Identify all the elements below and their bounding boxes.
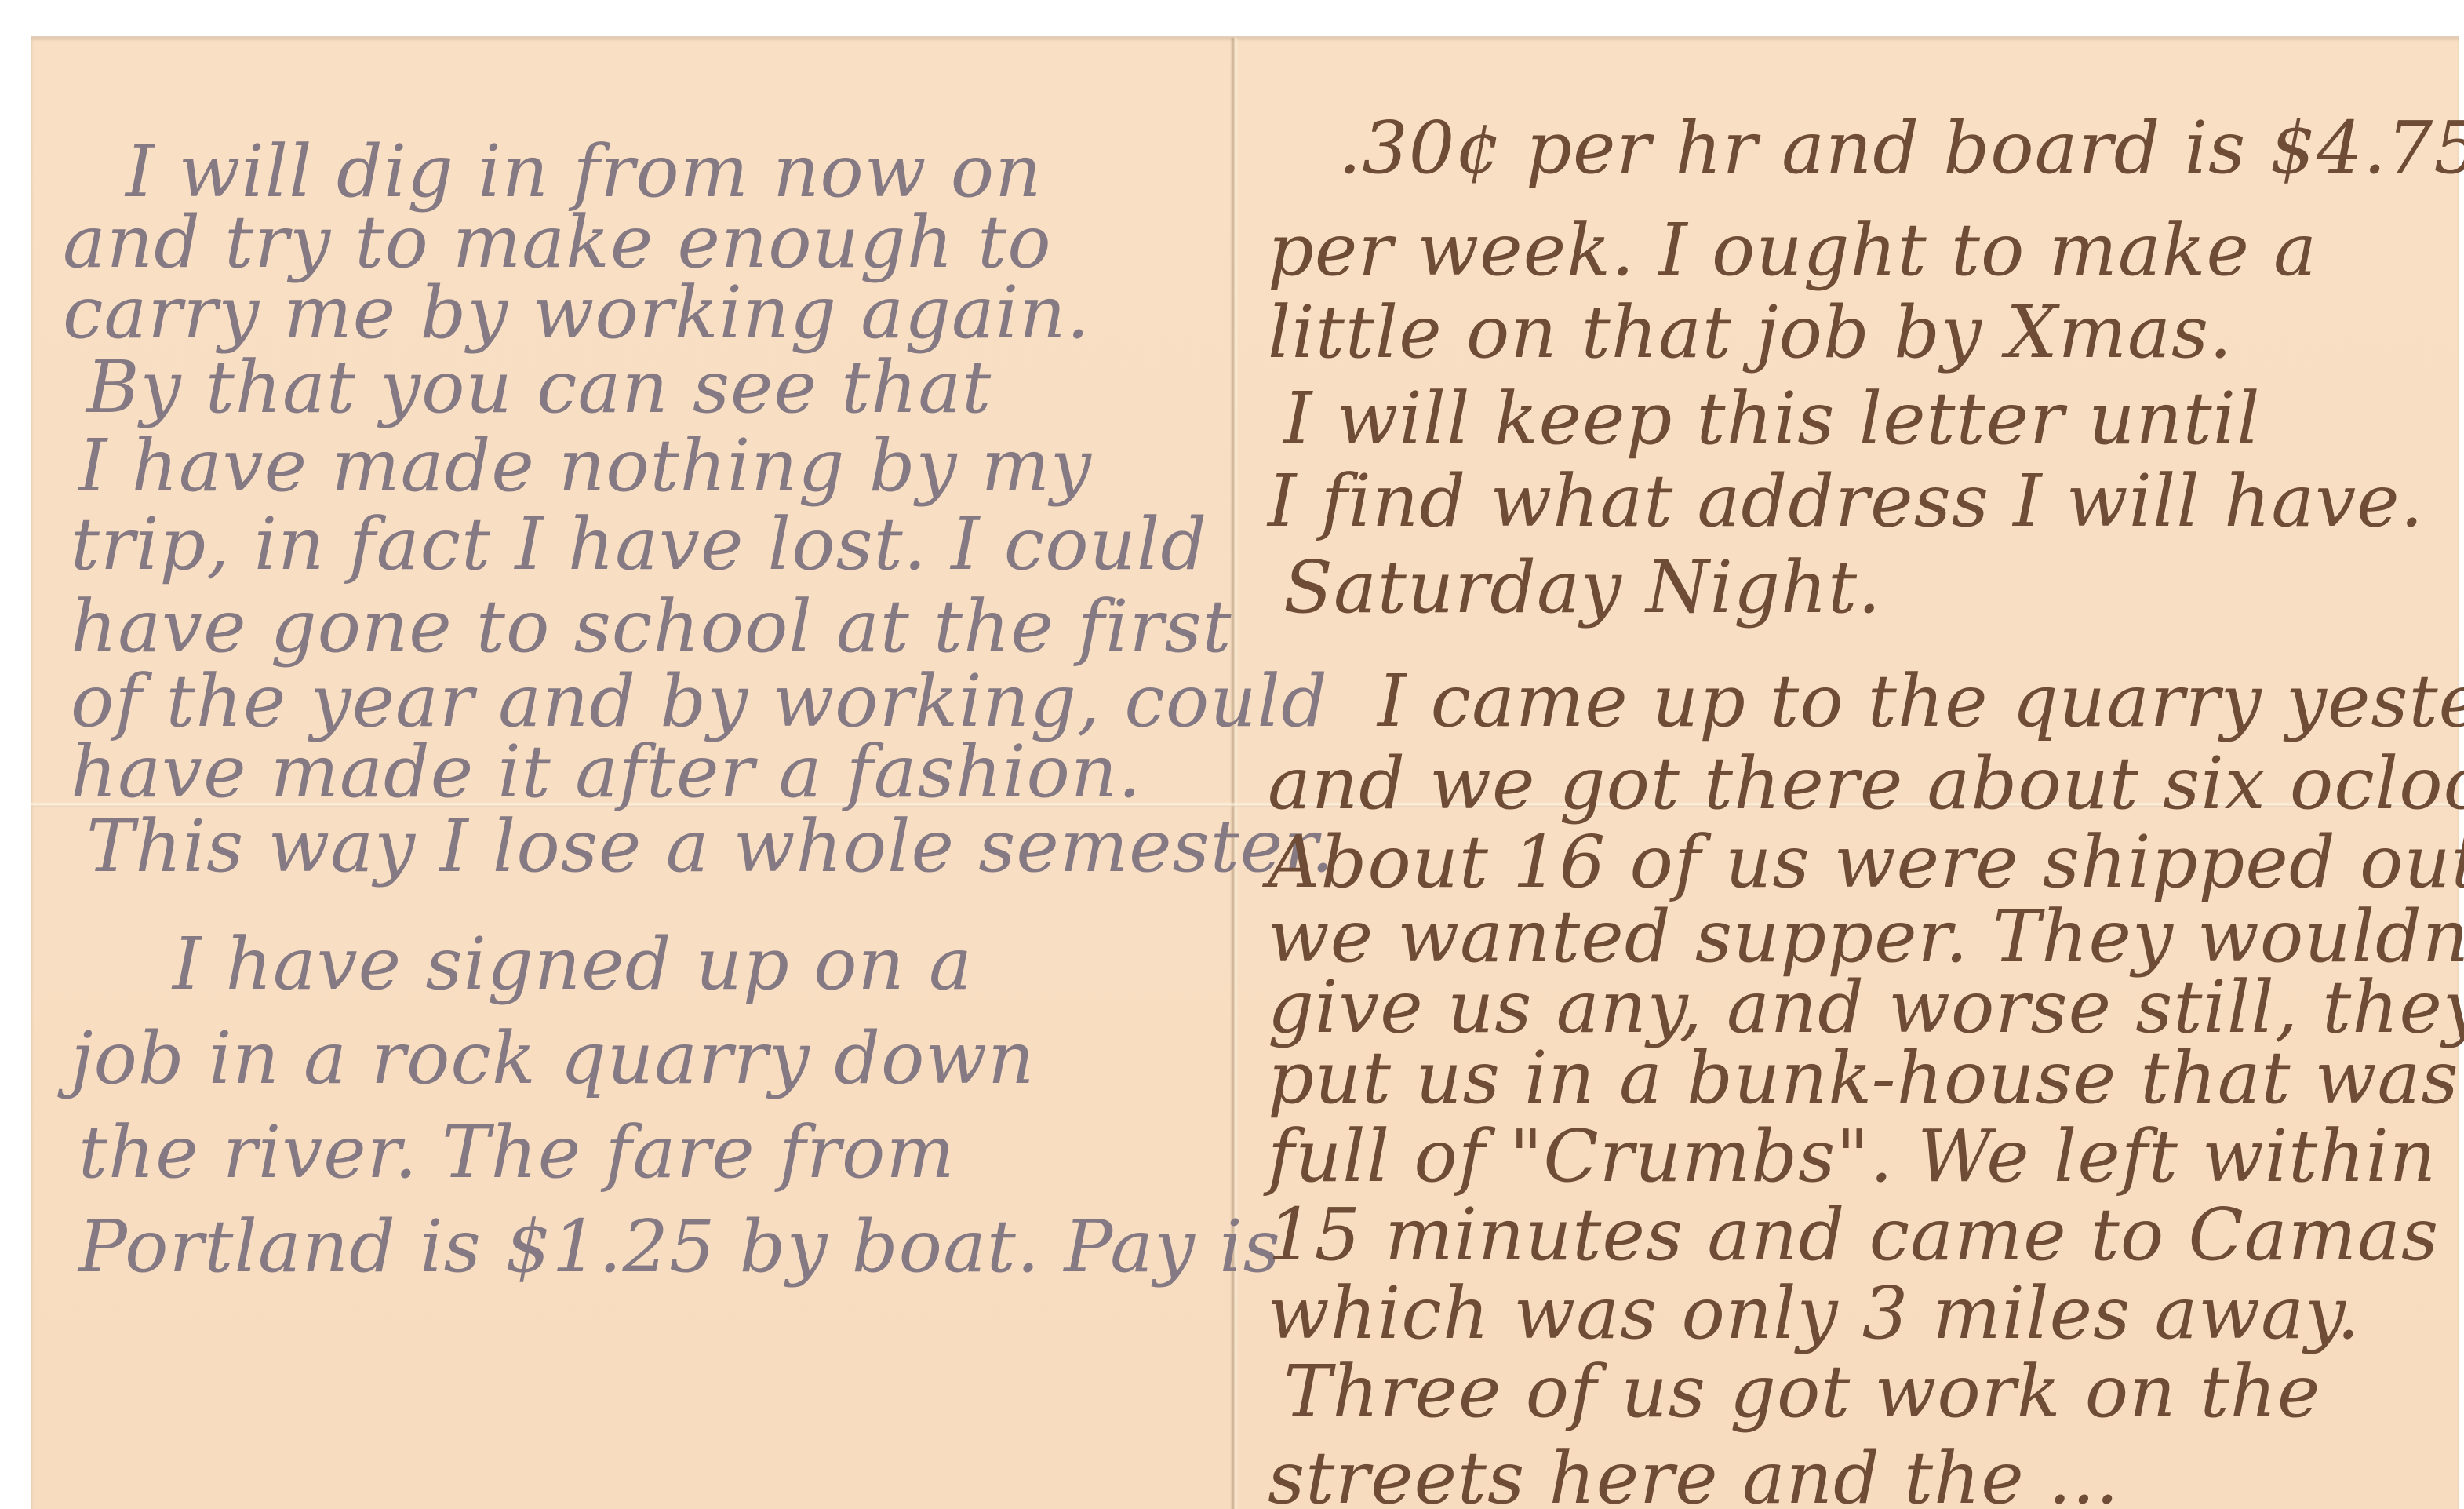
- letter-line: I have made nothing by my: [78, 430, 1092, 502]
- letter-line: I will keep this letter until: [1283, 383, 2261, 455]
- letter-line: streets here and the ...: [1268, 1442, 2120, 1509]
- letter-line: I came up to the quarry yesterday: [1378, 665, 2464, 738]
- letter-line: of the year and by working, could: [71, 665, 1328, 738]
- letter-line: and we got there about six oclock.: [1268, 748, 2464, 820]
- letter-line: put us in a bunk-house that was: [1268, 1042, 2459, 1114]
- left-page: I will dig in from now on and try to mak…: [31, 38, 1232, 1509]
- letter-line: job in a rock quarry down: [71, 1022, 1035, 1095]
- letter-line: little on that job by Xmas.: [1268, 297, 2233, 369]
- letter-line: give us any, and worse still, they: [1268, 971, 2464, 1044]
- letter-sheet: I will dig in from now on and try to mak…: [31, 36, 2459, 1509]
- letter-line: have gone to school at the first: [71, 591, 1232, 663]
- letter-line: About 16 of us were shipped out and: [1268, 826, 2464, 898]
- letter-line: per week. I ought to make a: [1268, 214, 2317, 286]
- letter-line: the river. The fare from: [78, 1117, 955, 1189]
- letter-line: full of "Crumbs". We left within: [1268, 1121, 2437, 1193]
- letter-line: By that you can see that: [86, 352, 992, 424]
- letter-line: I have signed up on a: [173, 928, 973, 1001]
- letter-line: 15 minutes and came to Camas: [1268, 1199, 2439, 1271]
- letter-line: we wanted supper. They wouldn't: [1268, 901, 2464, 973]
- letter-line: which was only 3 miles away.: [1268, 1278, 2360, 1350]
- letter-line: .30¢ per hr and board is $4.75: [1338, 112, 2464, 184]
- letter-line: trip, in fact I have lost. I could: [71, 508, 1207, 581]
- letter-line: Saturday Night.: [1283, 552, 1881, 624]
- letter-line: and try to make enough to: [63, 206, 1052, 279]
- right-page: .30¢ per hr and board is $4.75 per week.…: [1236, 38, 2459, 1509]
- letter-line: I find what address I will have.: [1268, 465, 2424, 538]
- letter-line: have made it after a fashion.: [71, 736, 1141, 808]
- letter-line: Portland is $1.25 by boat. Pay is: [78, 1211, 1281, 1283]
- letter-line: carry me by working again.: [63, 277, 1090, 349]
- letter-line: Three of us got work on the: [1283, 1356, 2320, 1428]
- letter-line: I will dig in from now on: [126, 136, 1042, 208]
- letter-line: This way I lose a whole semester.: [86, 811, 1334, 883]
